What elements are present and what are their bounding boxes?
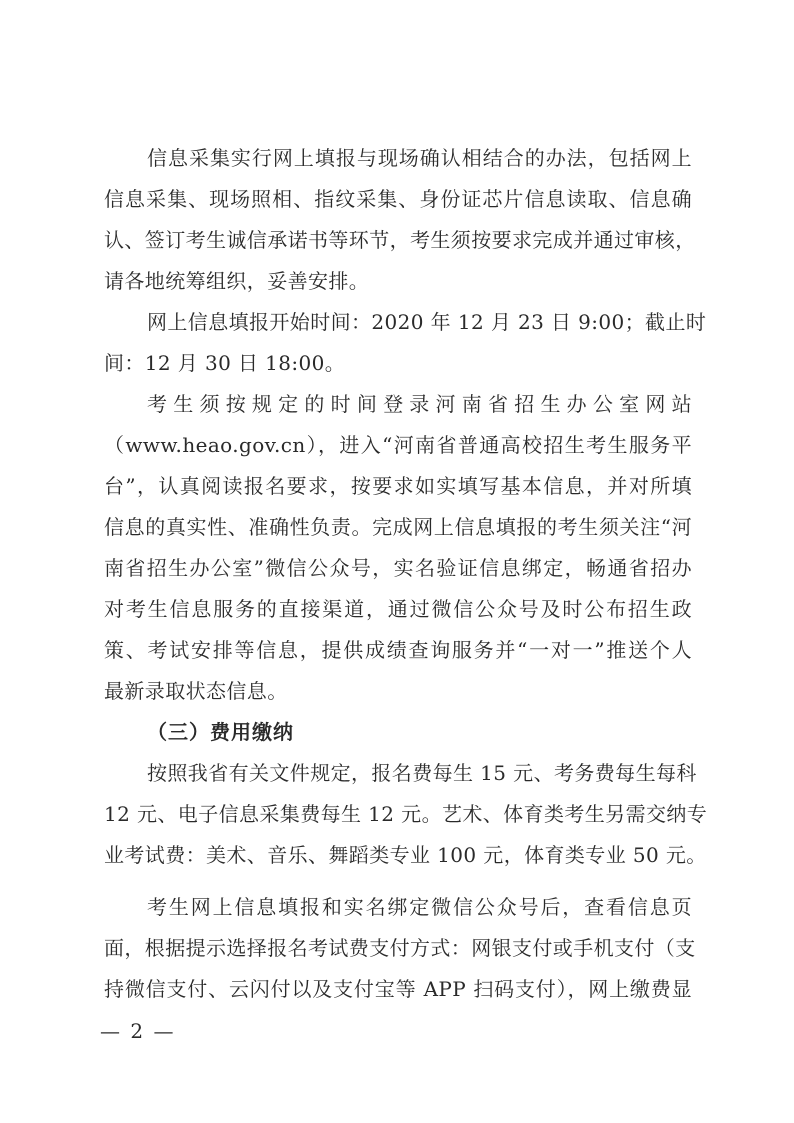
- paragraph-3-line-2: （www.heao.gov.cn），进入“河南省普通高校招生考生服务平: [104, 430, 692, 460]
- paragraph-3-line-5: 南省招生办公室”微信公众号，实名验证信息绑定，畅通省招办: [104, 553, 692, 583]
- paragraph-3-line-1: 考生须按规定的时间登录河南省招生办公室网站: [147, 389, 692, 419]
- paragraph-3-line-8: 最新录取状态信息。: [104, 676, 692, 706]
- paragraph-3-line-3: 台”，认真阅读报名要求，按要求如实填写基本信息，并对所填: [104, 471, 692, 501]
- paragraph-1-line-1: 信息采集实行网上填报与现场确认相结合的办法，包括网上: [147, 143, 692, 173]
- section-heading: （三）费用缴纳: [147, 717, 294, 747]
- paragraph-5-line-1: 考生网上信息填报和实名绑定微信公众号后，查看信息页: [147, 892, 692, 922]
- paragraph-4-line-2: 12 元、电子信息采集费每生 12 元。艺术、体育类考生另需交纳专: [104, 799, 692, 829]
- paragraph-3-line-4: 信息的真实性、准确性负责。完成网上信息填报的考生须关注“河: [104, 512, 692, 542]
- paragraph-3-line-7: 策、考试安排等信息，提供成绩查询服务并“一对一”推送个人: [104, 635, 692, 665]
- paragraph-4-line-1: 按照我省有关文件规定，报名费每生 15 元、考务费每生每科: [147, 758, 692, 788]
- paragraph-5-line-2: 面，根据提示选择报名考试费支付方式：网银支付或手机支付（支: [104, 933, 692, 963]
- paragraph-4-line-3: 业考试费：美术、音乐、舞蹈类专业 100 元，体育类专业 50 元。: [104, 840, 692, 870]
- paragraph-1-line-2: 信息采集、现场照相、指纹采集、身份证芯片信息读取、信息确: [104, 184, 692, 214]
- paragraph-5-line-3: 持微信支付、云闪付以及支付宝等 APP 扫码支付），网上缴费显: [104, 974, 692, 1004]
- paragraph-1-line-4: 请各地统筹组织，妥善安排。: [104, 266, 692, 296]
- page-number: — 2 —: [100, 1016, 175, 1046]
- paragraph-1-line-3: 认、签订考生诚信承诺书等环节，考生须按要求完成并通过审核，: [104, 225, 692, 255]
- paragraph-3-line-6: 对考生信息服务的直接渠道，通过微信公众号及时公布招生政: [104, 594, 692, 624]
- paragraph-2-line-2: 间：12 月 30 日 18:00。: [104, 348, 692, 378]
- paragraph-2-line-1: 网上信息填报开始时间：2020 年 12 月 23 日 9:00；截止时: [147, 307, 692, 337]
